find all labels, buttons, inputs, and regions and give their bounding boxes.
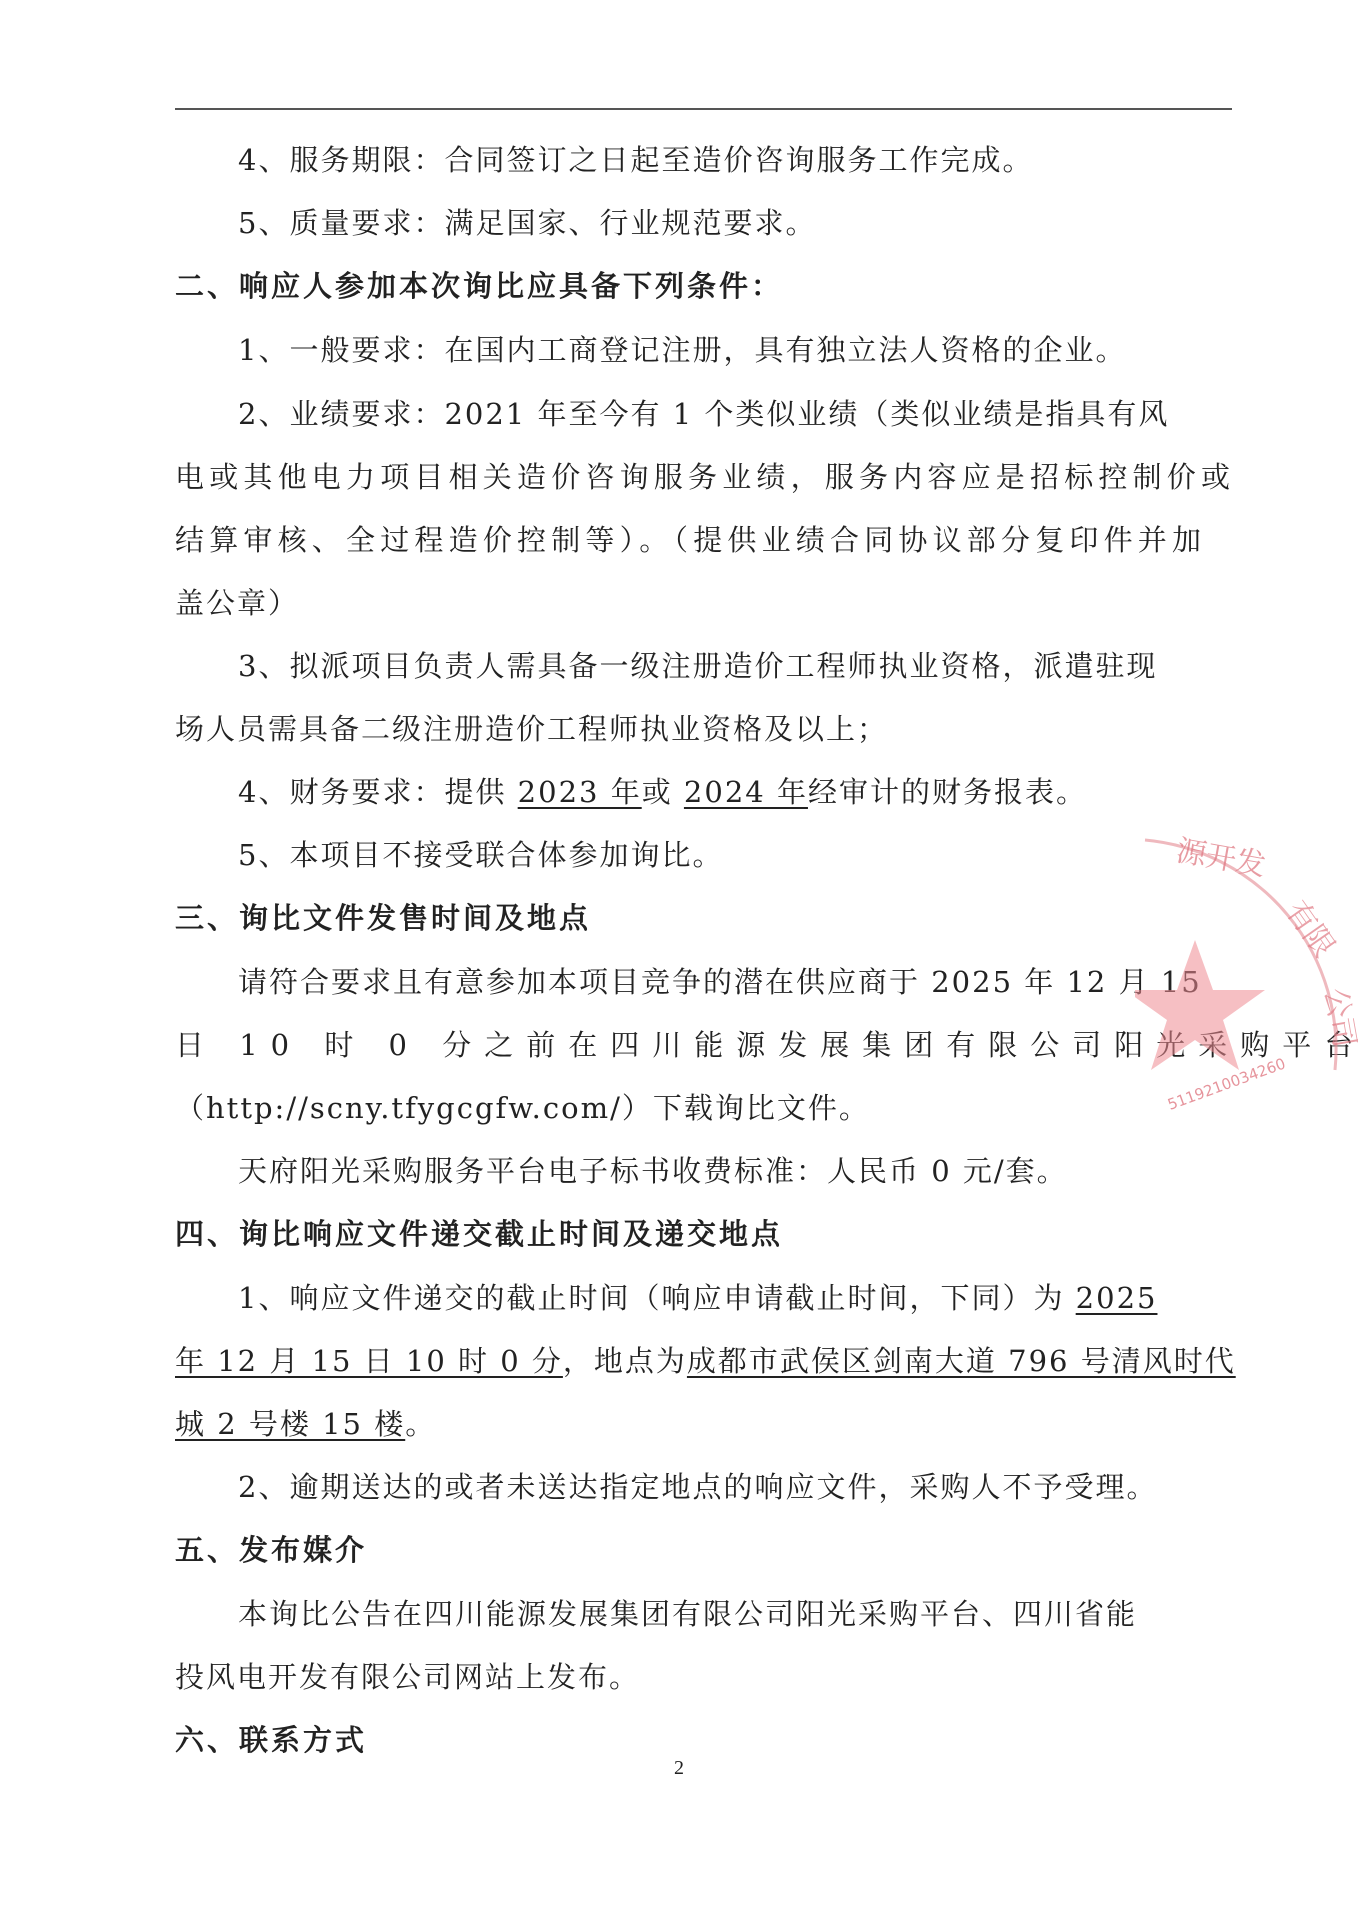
paragraph-quality: 5、质量要求：满足国家、行业规范要求。 xyxy=(238,205,816,241)
section-heading-5: 五、发布媒介 xyxy=(175,1532,367,1568)
paragraph-performance-req-cont2: 结算审核、全过程造价控制等）。（提供业绩合同协议部分复印件并加 xyxy=(175,522,1206,558)
paragraph-publication-cont: 投风电开发有限公司网站上发布。 xyxy=(175,1659,640,1695)
header-rule xyxy=(175,108,1232,110)
section-heading-4: 四、询比响应文件递交截止时间及递交地点 xyxy=(175,1216,783,1252)
paragraph-publication: 本询比公告在四川能源发展集团有限公司阳光采购平台、四川省能 xyxy=(238,1596,1137,1632)
paragraph-late-submission: 2、逾期送达的或者未送达指定地点的响应文件，采购人不予受理。 xyxy=(238,1469,1157,1505)
svg-text:源开发: 源开发 xyxy=(1174,833,1269,883)
paragraph-performance-req-cont1: 电或其他电力项目相关造价咨询服务业绩，服务内容应是招标控制价或 xyxy=(175,459,1235,495)
section-heading-6: 六、联系方式 xyxy=(175,1722,367,1758)
paragraph-financial-req: 4、财务要求：提供 2023 年或 2024 年经审计的财务报表。 xyxy=(238,774,1087,810)
paragraph-deadline-cont2: 城 2 号楼 15 楼。 xyxy=(175,1406,436,1442)
paragraph-fee: 天府阳光采购服务平台电子标书收费标准：人民币 0 元/套。 xyxy=(238,1153,1068,1189)
paragraph-personnel-req-cont: 场人员需具备二级注册造价工程师执业资格及以上； xyxy=(175,711,888,747)
paragraph-general-req: 1、一般要求：在国内工商登记注册，具有独立法人资格的企业。 xyxy=(238,332,1126,368)
paragraph-performance-req: 2、业绩要求：2021 年至今有 1 个类似业绩（类似业绩是指具有风 xyxy=(238,396,1169,432)
paragraph-download-url: （http://scny.tfygcgfw.com/）下载询比文件。 xyxy=(175,1090,870,1126)
paragraph-personnel-req: 3、拟派项目负责人需具备一级注册造价工程师执业资格，派遣驻现 xyxy=(238,648,1157,684)
paragraph-no-consortium: 5、本项目不接受联合体参加询比。 xyxy=(238,837,723,873)
svg-text:有限: 有限 xyxy=(1278,895,1341,964)
svg-text:5119210034260: 5119210034260 xyxy=(1165,1054,1288,1113)
paragraph-deadline-cont1: 年 12 月 15 日 10 时 0 分，地点为成都市武侯区剑南大道 796 号… xyxy=(175,1343,1236,1379)
paragraph-performance-req-cont3: 盖公章） xyxy=(175,585,299,621)
paragraph-service-period: 4、服务期限：合同签订之日起至造价咨询服务工作完成。 xyxy=(238,142,1033,178)
paragraph-deadline: 1、响应文件递交的截止时间（响应申请截止时间，下同）为 2025 xyxy=(238,1280,1157,1316)
section-heading-2: 二、响应人参加本次询比应具备下列条件： xyxy=(175,268,783,304)
paragraph-sale-time: 请符合要求且有意参加本项目竞争的潜在供应商于 2025 年 12 月 15 xyxy=(238,964,1202,1000)
section-heading-3: 三、询比文件发售时间及地点 xyxy=(175,900,591,936)
page-number: 2 xyxy=(0,1757,1358,1780)
paragraph-sale-time-cont: 日 10 时 0 分之前在四川能源发展集团有限公司阳光采购平台 xyxy=(175,1027,1358,1063)
